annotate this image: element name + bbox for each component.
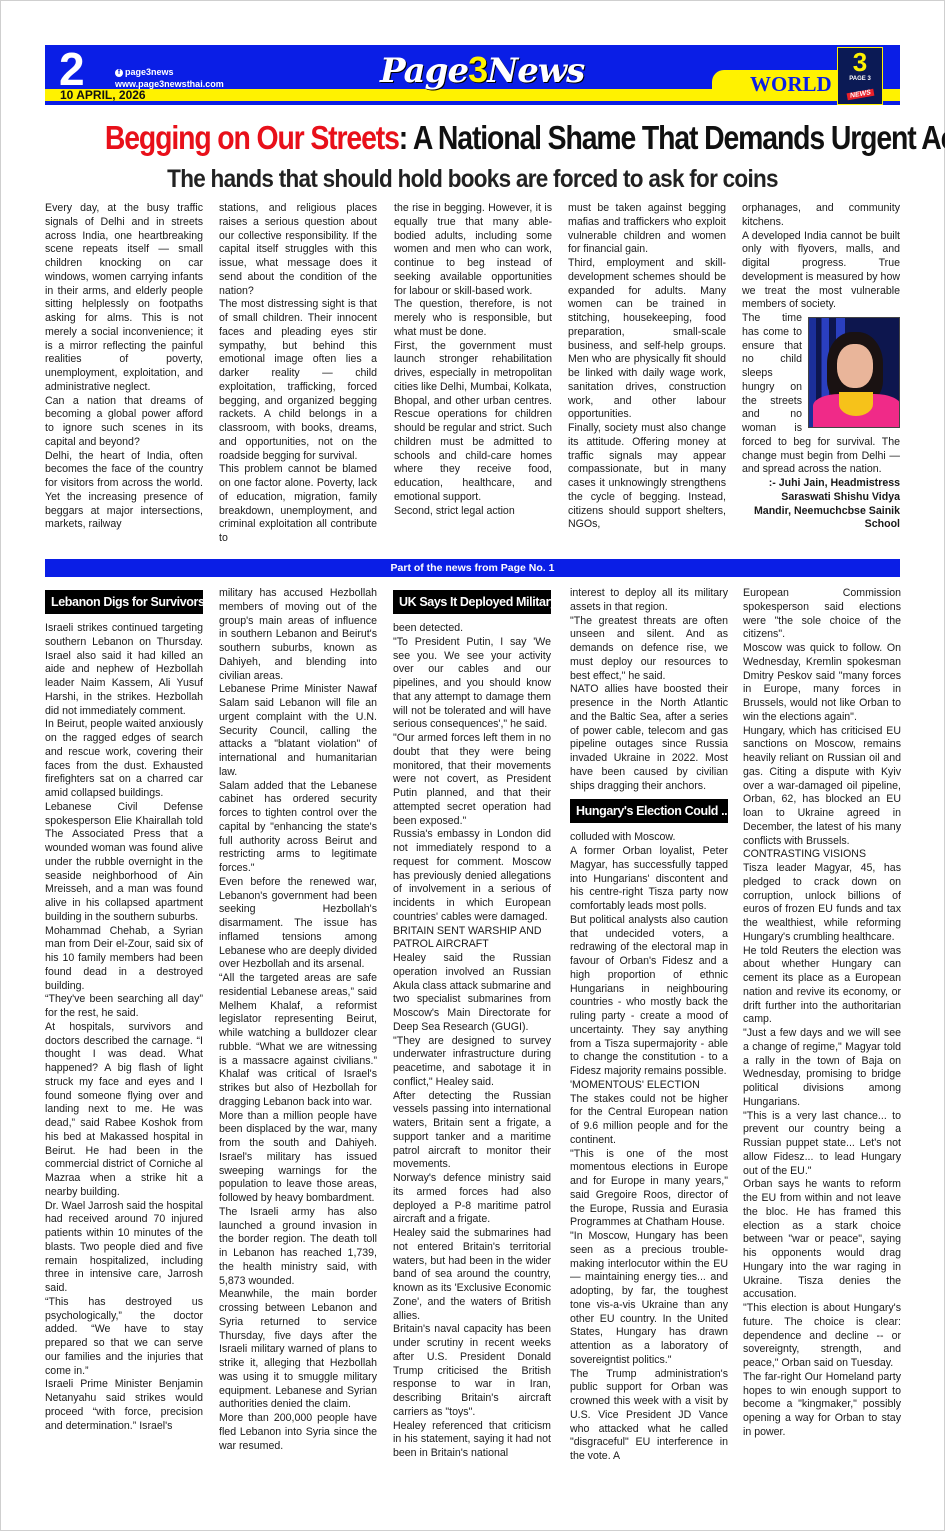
paragraph: orphanages, and community kitchens. — [742, 202, 900, 230]
lead-column-2: stations, and religious places raises a … — [219, 202, 377, 546]
paragraph: More than 200,000 people have fled Leban… — [219, 1412, 377, 1453]
paragraph: More than a million people have been dis… — [219, 1110, 377, 1206]
paragraph: Tisza leader Magyar, 45, has pledged to … — [743, 862, 901, 945]
paragraph: But political analysts also caution that… — [570, 914, 728, 1079]
brand-logo: Page3News — [380, 50, 584, 91]
author-byline: :- Juhi Jain, Headmistress Saraswati Shi… — [742, 477, 900, 532]
paragraph: Even before the renewed war, Lebanon's g… — [219, 876, 377, 972]
paragraph: Salam added that the Lebanese cabinet ha… — [219, 780, 377, 876]
paragraph: This problem cannot be blamed on one fac… — [219, 463, 377, 546]
uk-column-1: UK Says It Deployed Military ... been de… — [393, 590, 551, 1461]
subheading: 'MOMENTOUS' ELECTION — [570, 1079, 728, 1093]
lead-headline: Begging on Our Streets: A National Shame… — [105, 118, 840, 158]
paragraph: Hungary, which has criticised EU sanctio… — [743, 725, 901, 849]
paragraph: Dr. Wael Jarrosh said the hospital had r… — [45, 1200, 203, 1296]
paragraph: Mohammad Chehab, a Syrian man from Deir … — [45, 925, 203, 994]
lebanon-column-1: Lebanon Digs for Survivors ... Israeli s… — [45, 590, 203, 1433]
lead-column-1: Every day, at the busy traffic signals o… — [45, 202, 203, 532]
paragraph: After detecting the Russian vessels pass… — [393, 1090, 551, 1173]
uk-hungary-column: interest to deploy all its military asse… — [570, 587, 728, 1464]
masthead: 2 fpage3news www.page3newsthai.com 10 AP… — [45, 45, 900, 105]
paragraph: "The greatest threats are often unseen a… — [570, 615, 728, 684]
paragraph: Norway's defence ministry said its armed… — [393, 1172, 551, 1227]
paragraph: military has accused Hezbollah members o… — [219, 587, 377, 683]
continued-from-page-1-banner: Part of the news from Page No. 1 — [45, 559, 900, 577]
paragraph: Moscow was quick to follow. On Wednesday… — [743, 642, 901, 725]
social-links: fpage3news www.page3newsthai.com — [115, 66, 224, 90]
brand-left: Page — [380, 51, 468, 91]
page3-news-logo: 3 PAGE 3 NEWS — [837, 47, 883, 105]
paragraph: Israeli Prime Minister Benjamin Netanyah… — [45, 1378, 203, 1433]
subheading: CONTRASTING VISIONS — [743, 848, 901, 862]
paragraph: NATO allies have boosted their presence … — [570, 683, 728, 793]
paragraph: "This is one of the most momentous elect… — [570, 1148, 728, 1231]
paragraph: “They've been searching all day” for the… — [45, 993, 203, 1021]
paragraph: colluded with Moscow. — [570, 831, 728, 845]
paragraph: "They are designed to survey underwater … — [393, 1035, 551, 1090]
headline-rest: : A National Shame That Demands Urgent A… — [399, 119, 945, 156]
masthead-bottom-rule — [45, 101, 900, 105]
uk-story-title[interactable]: UK Says It Deployed Military ... — [393, 590, 551, 614]
paragraph: First, the government must launch strong… — [394, 340, 552, 505]
paragraph: Healey referenced that criticism in his … — [393, 1420, 551, 1461]
lebanon-story-title[interactable]: Lebanon Digs for Survivors ... — [45, 590, 203, 614]
paragraph: "Our armed forces left them in no doubt … — [393, 732, 551, 828]
paragraph: Healey said the submarines had not enter… — [393, 1227, 551, 1323]
paragraph: The far-right Our Homeland party hopes t… — [743, 1371, 901, 1440]
paragraph: Lebanese Civil Defense spokesperson Elie… — [45, 801, 203, 925]
paragraph: The stakes could not be higher for the C… — [570, 1093, 728, 1148]
paragraph: interest to deploy all its military asse… — [570, 587, 728, 615]
lead-subheadline: The hands that should hold books are for… — [88, 163, 858, 195]
paragraph: the rise in begging. However, it is equa… — [394, 202, 552, 298]
headline-highlight: Begging on Our Streets — [105, 119, 399, 156]
social-facebook[interactable]: fpage3news — [115, 66, 224, 78]
paragraph: Britain's naval capacity has been under … — [393, 1323, 551, 1419]
paragraph: At hospitals, survivors and doctors desc… — [45, 1021, 203, 1200]
paragraph: Delhi, the heart of India, often becomes… — [45, 450, 203, 533]
page-number: 2 — [59, 45, 85, 93]
photo-face — [837, 344, 873, 388]
paragraph: "To President Putin, I say 'We see you. … — [393, 636, 551, 732]
paragraph: The most distressing sight is that of sm… — [219, 298, 377, 463]
section-label: WORLD — [750, 70, 832, 98]
paragraph: Second, strict legal action — [394, 505, 552, 519]
paragraph: A former Orban loyalist, Peter Magyar, h… — [570, 845, 728, 914]
paragraph: “All the targeted areas are safe residen… — [219, 972, 377, 1110]
paragraph: Healey said the Russian operation involv… — [393, 952, 551, 1035]
paragraph: "This is a very last chance... to preven… — [743, 1110, 901, 1179]
paragraph: Lebanese Prime Minister Nawaf Salam said… — [219, 683, 377, 779]
paragraph: Meanwhile, the main border crossing betw… — [219, 1288, 377, 1412]
subheading: BRITAIN SENT WARSHIP AND PATROL AIRCRAFT — [393, 925, 551, 953]
paragraph: The Trump administration's public suppor… — [570, 1368, 728, 1464]
logo-subtitle: PAGE 3 — [838, 76, 882, 83]
hungary-story-title[interactable]: Hungary's Election Could ... — [570, 799, 728, 823]
paragraph: The Israeli army has also launched a gro… — [219, 1206, 377, 1289]
paragraph: Finally, society must also change its at… — [568, 422, 726, 532]
paragraph: "This election is about Hungary's future… — [743, 1302, 901, 1371]
paragraph: “This has destroyed us psychologically,”… — [45, 1296, 203, 1379]
paragraph: must be taken against begging mafias and… — [568, 202, 726, 257]
paragraph: Russia's embassy in London did not immed… — [393, 828, 551, 924]
logo-news-badge: NEWS — [846, 89, 874, 101]
paragraph: Can a nation that dreams of becoming a g… — [45, 395, 203, 450]
paragraph: Israeli strikes continued targeting sout… — [45, 622, 203, 718]
paragraph: He told Reuters the election was about w… — [743, 945, 901, 1028]
lead-column-5: orphanages, and community kitchens. A de… — [742, 202, 900, 532]
paragraph: Every day, at the busy traffic signals o… — [45, 202, 203, 395]
paragraph: "Just a few days and we will see a chang… — [743, 1027, 901, 1110]
facebook-icon: f — [115, 69, 123, 77]
social-handle: page3news — [125, 67, 174, 77]
paragraph: The question, therefore, is not merely w… — [394, 298, 552, 339]
lebanon-column-2: military has accused Hezbollah members o… — [219, 587, 377, 1453]
paragraph: In Beirut, people waited anxiously on th… — [45, 718, 203, 801]
brand-right: News — [487, 51, 584, 91]
lead-column-4: must be taken against begging mafias and… — [568, 202, 726, 532]
hungary-column-2: European Commission spokesperson said el… — [743, 587, 901, 1440]
logo-number: 3 — [838, 48, 882, 76]
paragraph: Orban says he wants to reform the EU fro… — [743, 1178, 901, 1302]
author-photo — [808, 317, 900, 428]
photo-trim — [839, 392, 873, 416]
lead-column-3: the rise in begging. However, it is equa… — [394, 202, 552, 518]
paragraph: European Commission spokesperson said el… — [743, 587, 901, 642]
paragraph: "In Moscow, Hungary has been seen as a p… — [570, 1230, 728, 1368]
paragraph: Third, employment and skill-development … — [568, 257, 726, 422]
paragraph: been detected. — [393, 622, 551, 636]
issue-date: 10 APRIL, 2026 — [60, 89, 146, 101]
brand-three: 3 — [468, 49, 487, 90]
paragraph: A developed India cannot be built only w… — [742, 230, 900, 313]
paragraph: stations, and religious places raises a … — [219, 202, 377, 298]
